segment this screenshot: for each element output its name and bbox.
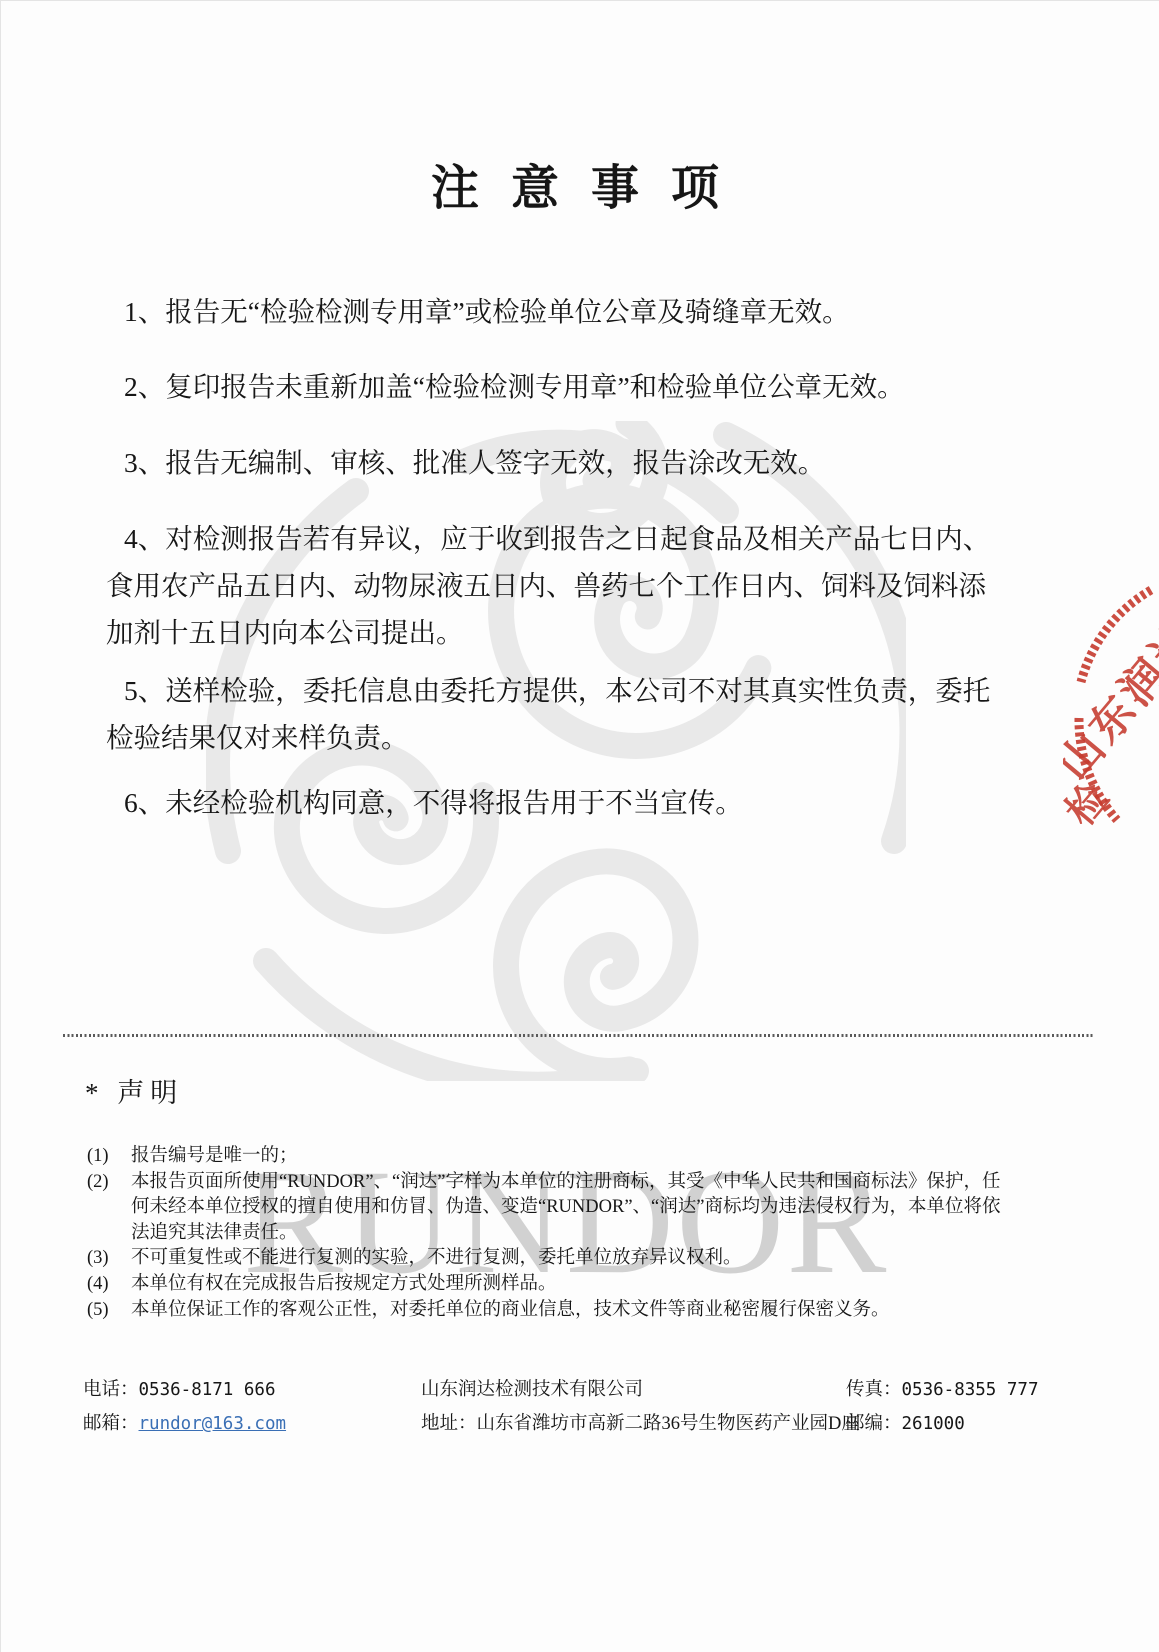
report-notice-page: RUNDOR 注 意 事 项 1、报告无“检验检测专用章”或检验单位公章及骑缝章… <box>0 0 1159 1652</box>
declaration-number: (5) <box>87 1298 131 1324</box>
email-label: 邮箱： <box>83 1414 139 1434</box>
seal-arc-text: 山东润达 <box>1063 611 1159 790</box>
zip-value: 261000 <box>902 1414 965 1434</box>
fax-label: 传真： <box>846 1380 902 1400</box>
note-number: 5、 <box>124 675 165 706</box>
zip-label: 邮编： <box>846 1414 902 1434</box>
email-row: 邮箱：rundor@163.com <box>83 1407 286 1441</box>
footer-contact-right: 传真：0536-8355 777 邮编：261000 <box>846 1373 1038 1441</box>
declaration-text: 报告编号是唯一的； <box>131 1144 1015 1170</box>
email-link[interactable]: rundor@163.com <box>139 1414 287 1434</box>
declaration-item-1: (1) 报告编号是唯一的； <box>87 1144 1015 1170</box>
declaration-text: 本单位有权在完成报告后按规定方式处理所测样品。 <box>131 1272 1015 1298</box>
note-number: 6、 <box>124 787 165 818</box>
seal-rim-bottom <box>1079 718 1117 820</box>
declaration-text: 本报告页面所使用“RUNDOR”、“润达”字样为本单位的注册商标，其受《中华人民… <box>131 1170 1015 1247</box>
note-number: 3、 <box>124 447 165 478</box>
fax-value: 0536-8355 777 <box>902 1380 1039 1400</box>
company-name: 山东润达检测技术有限公司 <box>421 1373 860 1407</box>
note-item-1: 1、报告无“检验检测专用章”或检验单位公章及骑缝章无效。 <box>106 288 998 335</box>
footer-contact-left: 电话：0536-8171 666 邮箱：rundor@163.com <box>83 1373 286 1441</box>
declaration-list: (1) 报告编号是唯一的； (2) 本报告页面所使用“RUNDOR”、“润达”字… <box>87 1144 1015 1323</box>
declaration-item-2: (2) 本报告页面所使用“RUNDOR”、“润达”字样为本单位的注册商标，其受《… <box>87 1170 1015 1247</box>
declaration-item-5: (5) 本单位保证工作的客观公正性，对委托单位的商业信息，技术文件等商业秘密履行… <box>87 1298 1015 1324</box>
section-divider <box>63 1034 1094 1037</box>
seal-rim-top <box>1081 590 1151 682</box>
declaration-number: (2) <box>87 1170 131 1247</box>
declaration-number: (4) <box>87 1272 131 1298</box>
declaration-number: (3) <box>87 1246 131 1272</box>
address-row: 地址：山东省潍坊市高新二路36号生物医药产业园D座 <box>421 1407 860 1441</box>
seal-char: 检 <box>1063 775 1117 826</box>
note-item-6: 6、未经检验机构同意，不得将报告用于不当宣传。 <box>106 779 998 826</box>
note-text: 对检测报告若有异议，应于收到报告之日起食品及相关产品七日内、食用农产品五日内、动… <box>106 523 990 648</box>
declaration-text: 本单位保证工作的客观公正性，对委托单位的商业信息，技术文件等商业秘密履行保密义务… <box>131 1298 1015 1324</box>
declaration-item-4: (4) 本单位有权在完成报告后按规定方式处理所测样品。 <box>87 1272 1015 1298</box>
phone-label: 电话： <box>83 1380 139 1400</box>
zip-row: 邮编：261000 <box>846 1407 1038 1441</box>
declaration-number: (1) <box>87 1144 131 1170</box>
address-label: 地址： <box>421 1414 477 1434</box>
note-text: 复印报告未重新加盖“检验检测专用章”和检验单位公章无效。 <box>165 371 904 402</box>
note-number: 2、 <box>124 371 165 402</box>
declaration-heading: * 声明 <box>85 1071 183 1110</box>
footer-company-center: 山东润达检测技术有限公司 地址：山东省潍坊市高新二路36号生物医药产业园D座 <box>421 1373 860 1441</box>
note-text: 报告无“检验检测专用章”或检验单位公章及骑缝章无效。 <box>165 296 849 327</box>
note-text: 送样检验，委托信息由委托方提供，本公司不对其真实性负责，委托检验结果仅对来样负责… <box>106 675 990 753</box>
cross-page-seal: 山东润达 检 <box>1063 586 1159 826</box>
note-text: 报告无编制、审核、批准人签字无效，报告涂改无效。 <box>165 447 825 478</box>
note-item-2: 2、复印报告未重新加盖“检验检测专用章”和检验单位公章无效。 <box>106 363 998 410</box>
note-item-5: 5、送样检验，委托信息由委托方提供，本公司不对其真实性负责，委托检验结果仅对来样… <box>106 667 998 761</box>
phone-value: 0536-8171 666 <box>139 1380 276 1400</box>
note-item-3: 3、报告无编制、审核、批准人签字无效，报告涂改无效。 <box>106 439 998 486</box>
declaration-text: 不可重复性或不能进行复测的实验，不进行复测，委托单位放弃异议权利。 <box>131 1246 1015 1272</box>
fax-row: 传真：0536-8355 777 <box>846 1373 1038 1407</box>
page-title: 注 意 事 项 <box>1 149 1159 218</box>
declaration-item-3: (3) 不可重复性或不能进行复测的实验，不进行复测，委托单位放弃异议权利。 <box>87 1246 1015 1272</box>
note-number: 4、 <box>124 523 165 554</box>
note-text: 未经检验机构同意，不得将报告用于不当宣传。 <box>165 787 743 818</box>
address-value: 山东省潍坊市高新二路36号生物医药产业园D座 <box>477 1414 860 1434</box>
note-number: 1、 <box>124 296 165 327</box>
note-item-4: 4、对检测报告若有异议，应于收到报告之日起食品及相关产品七日内、食用农产品五日内… <box>106 515 998 656</box>
phone-row: 电话：0536-8171 666 <box>83 1373 286 1407</box>
